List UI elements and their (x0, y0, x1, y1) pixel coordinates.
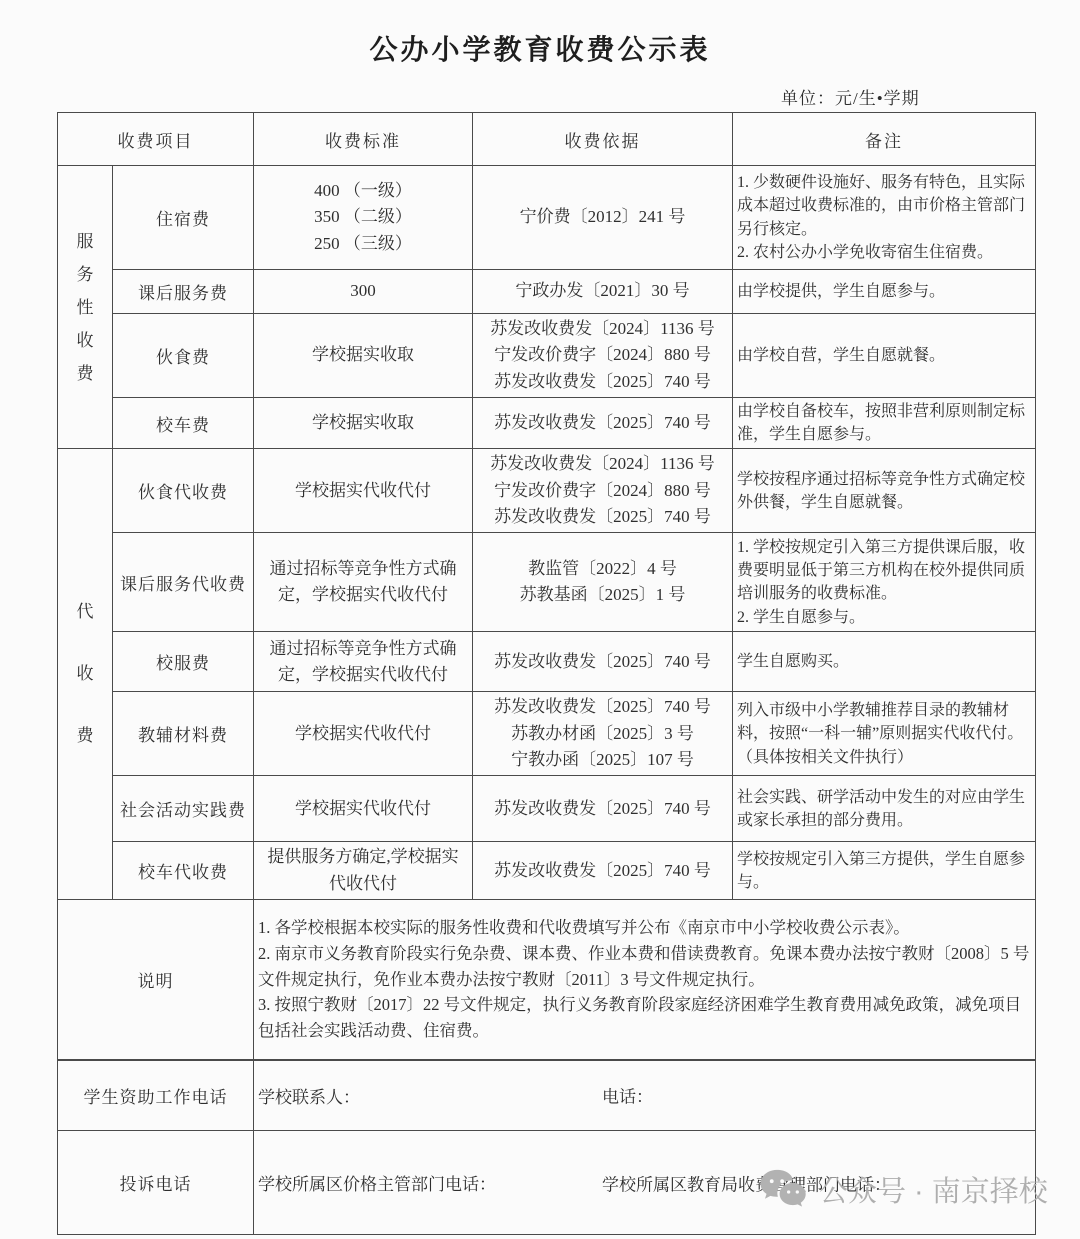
text-line: 学校据实收取 (258, 410, 468, 436)
text-line: 由学校提供，学生自愿参与。 (737, 280, 1031, 303)
text-line: 定，学校据实代收代付 (258, 582, 468, 608)
text-line: 3. 按照宁教财〔2017〕22 号文件规定，执行义务教育阶段家庭经济困难学生教… (258, 992, 1031, 1043)
notes-row: 说明 1. 各学校根据本校实际的服务性收费和代收费填写并公布《南京市中小学校收费… (58, 900, 1036, 1060)
table-row-meal-collect: 代收费 伙食代收费 学校据实代收代付 苏发改收费发〔2024〕1136 号宁发改… (58, 449, 1036, 533)
text-line: 学校按程序通过招标等竞争性方式确定校外供餐，学生自愿就餐。 (737, 468, 1031, 514)
fee-remark-cell: 由学校自备校车，按照非营利原则制定标准，学生自愿参与。 (733, 398, 1036, 449)
fee-remark-cell: 由学校自营，学生自愿就餐。 (733, 314, 1036, 398)
wechat-icon (757, 1166, 809, 1212)
header-standard: 收费标准 (254, 113, 473, 166)
fee-standard-cell: 学校据实代收代付 (254, 776, 473, 842)
text-line: 学校按规定引入第三方提供，学生自愿参与。 (737, 848, 1031, 894)
text-line: 社会实践、研学活动中发生的对应由学生或家长承担的部分费用。 (737, 786, 1031, 832)
fee-standard-cell: 400 （一级）350 （二级）250 （三级） (254, 166, 473, 270)
header-row: 收费项目 收费标准 收费依据 备注 (58, 113, 1036, 166)
watermark-text: 公众号 · 南京择校 (819, 1169, 1048, 1210)
text-line: 苏教基函〔2025〕1 号 (477, 582, 728, 608)
fee-standard-cell: 学校据实收取 (254, 314, 473, 398)
text-line: 宁政办发〔2021〕30 号 (477, 278, 728, 304)
fee-basis-cell: 教监管〔2022〕4 号苏教基函〔2025〕1 号 (473, 533, 733, 632)
fee-standard-cell: 学校据实代收代付 (254, 449, 473, 533)
fee-item-cell: 校车费 (113, 398, 254, 449)
fee-remark-cell: 列入市级中小学教辅推荐目录的教辅材料，按照“一科一辅”原则据实代收代付。（具体按… (733, 692, 1036, 776)
fee-standard-cell: 学校据实收取 (254, 398, 473, 449)
table-row-materials: 教辅材料费 学校据实代收代付 苏发改收费发〔2025〕740 号苏教办材函〔20… (58, 692, 1036, 776)
table-row-afterschool: 课后服务费 300 宁政办发〔2021〕30 号 由学校提供，学生自愿参与。 (58, 270, 1036, 314)
fee-item-cell: 课后服务费 (113, 270, 254, 314)
header-item: 收费项目 (58, 113, 254, 166)
text-line: 定，学校据实代收代付 (258, 662, 468, 688)
text-line: 宁教办函〔2025〕107 号 (477, 747, 728, 773)
fee-item-cell: 校服费 (113, 632, 254, 692)
table-row-uniform: 校服费 通过招标等竞争性方式确定，学校据实代收代付 苏发改收费发〔2025〕74… (58, 632, 1036, 692)
text-line: 苏发改收费发〔2025〕740 号 (477, 649, 728, 675)
text-line: 学生自愿购买。 (737, 650, 1031, 673)
text-line: 通过招标等竞争性方式确 (258, 636, 468, 662)
fee-remark-cell: 学生自愿购买。 (733, 632, 1036, 692)
notes-label: 说明 (58, 900, 254, 1060)
category-cell-agency-fees: 代收费 (58, 449, 113, 900)
fee-item-cell: 课后服务代收费 (113, 533, 254, 632)
text-line: 1. 各学校根据本校实际的服务性收费和代收费填写并公布《南京市中小学校收费公示表… (258, 915, 1031, 941)
text-line: 350 （二级） (258, 204, 468, 230)
fee-standard-cell: 通过招标等竞争性方式确定，学校据实代收代付 (254, 632, 473, 692)
text-line: 1. 少数硬件设施好、服务有特色，且实际成本超过收费标准的，由市价格主管部门另行… (737, 171, 1031, 241)
aid-phone-row: 学生资助工作电话 学校联系人： 电话： (58, 1060, 1036, 1131)
watermark: 公众号 · 南京择校 (757, 1163, 1077, 1215)
text-line: 学校据实代收代付 (258, 478, 468, 504)
fee-item-cell: 伙食代收费 (113, 449, 254, 533)
text-line: 苏发改收费发〔2025〕740 号 (477, 858, 728, 884)
fee-standard-cell: 300 (254, 270, 473, 314)
text-line: 通过招标等竞争性方式确 (258, 556, 468, 582)
header-basis: 收费依据 (473, 113, 733, 166)
text-line: 苏发改收费发〔2025〕740 号 (477, 410, 728, 436)
fee-item-cell: 校车代收费 (113, 842, 254, 900)
page: { "title": "公办小学教育收费公示表", "unit_label": … (0, 0, 1080, 1239)
fee-item-cell: 社会活动实践费 (113, 776, 254, 842)
text-line: 1. 学校按规定引入第三方提供课后服，收费要明显低于第三方机构在校外提供同质培训… (737, 536, 1031, 606)
fee-basis-cell: 宁政办发〔2021〕30 号 (473, 270, 733, 314)
text-line: 400 （一级） (258, 178, 468, 204)
text-line: 苏教办材函〔2025〕3 号 (477, 721, 728, 747)
unit-label: 单位：元/生•学期 (781, 84, 920, 109)
text-line: 学校据实代收代付 (258, 721, 468, 747)
text-line: 苏发改收费发〔2025〕740 号 (477, 369, 728, 395)
text-line: 代收代付 (258, 871, 468, 897)
text-line: 宁价费〔2012〕241 号 (477, 204, 728, 230)
category-label: 服务性收费 (76, 225, 94, 390)
fee-remark-cell: 1. 学校按规定引入第三方提供课后服，收费要明显低于第三方机构在校外提供同质培训… (733, 533, 1036, 632)
fee-standard-cell: 通过招标等竞争性方式确定，学校据实代收代付 (254, 533, 473, 632)
table-row-lodging: 服务性收费 住宿费 400 （一级）350 （二级）250 （三级） 宁价费〔2… (58, 166, 1036, 270)
text-line: 学校据实收取 (258, 342, 468, 368)
text-line: 苏发改收费发〔2024〕1136 号 (477, 316, 728, 342)
complaint-phone-label: 投诉电话 (58, 1131, 254, 1235)
category-label: 代收费 (76, 581, 94, 767)
fee-basis-cell: 苏发改收费发〔2024〕1136 号宁发改价费字〔2024〕880 号苏发改收费… (473, 314, 733, 398)
text-line: 由学校自营，学生自愿就餐。 (737, 344, 1031, 367)
table-row-afterschool-collect: 课后服务代收费 通过招标等竞争性方式确定，学校据实代收代付 教监管〔2022〕4… (58, 533, 1036, 632)
fee-basis-cell: 苏发改收费发〔2025〕740 号 (473, 842, 733, 900)
category-cell-service-fees: 服务性收费 (58, 166, 113, 449)
notes-content: 1. 各学校根据本校实际的服务性收费和代收费填写并公布《南京市中小学校收费公示表… (254, 900, 1036, 1060)
price-dept-phone-label: 学校所属区价格主管部门电话： (258, 1175, 496, 1194)
fee-basis-cell: 苏发改收费发〔2025〕740 号苏教办材函〔2025〕3 号宁教办函〔2025… (473, 692, 733, 776)
text-line: 列入市级中小学教辅推荐目录的教辅材料，按照“一科一辅”原则据实代收代付。（具体按… (737, 699, 1031, 769)
table-row-social-practice: 社会活动实践费 学校据实代收代付 苏发改收费发〔2025〕740 号 社会实践、… (58, 776, 1036, 842)
fee-table: 收费项目 收费标准 收费依据 备注 服务性收费 住宿费 400 （一级）350 … (57, 112, 1036, 1235)
fee-standard-cell: 提供服务方确定,学校据实代收代付 (254, 842, 473, 900)
header-remark: 备注 (733, 113, 1036, 166)
text-line: 由学校自备校车，按照非营利原则制定标准，学生自愿参与。 (737, 400, 1031, 446)
phone-label: 电话： (602, 1083, 653, 1108)
text-line: 提供服务方确定,学校据实 (258, 844, 468, 870)
fee-item-cell: 住宿费 (113, 166, 254, 270)
table-row-schoolbus: 校车费 学校据实收取 苏发改收费发〔2025〕740 号 由学校自备校车，按照非… (58, 398, 1036, 449)
text-line: 宁发改价费字〔2024〕880 号 (477, 342, 728, 368)
fee-remark-cell: 学校按程序通过招标等竞争性方式确定校外供餐，学生自愿就餐。 (733, 449, 1036, 533)
aid-phone-label: 学生资助工作电话 (58, 1060, 254, 1131)
fee-basis-cell: 苏发改收费发〔2025〕740 号 (473, 632, 733, 692)
text-line: 苏发改收费发〔2025〕740 号 (477, 796, 728, 822)
table-row-meal: 伙食费 学校据实收取 苏发改收费发〔2024〕1136 号宁发改价费字〔2024… (58, 314, 1036, 398)
text-line: 2. 学生自愿参与。 (737, 606, 1031, 629)
fee-item-cell: 伙食费 (113, 314, 254, 398)
fee-basis-cell: 苏发改收费发〔2025〕740 号 (473, 398, 733, 449)
fee-remark-cell: 由学校提供，学生自愿参与。 (733, 270, 1036, 314)
fee-standard-cell: 学校据实代收代付 (254, 692, 473, 776)
fee-basis-cell: 苏发改收费发〔2025〕740 号 (473, 776, 733, 842)
school-contact-label: 学校联系人： (258, 1088, 360, 1107)
text-line: 2. 南京市义务教育阶段实行免杂费、课本费、作业本费和借读费教育。免课本费办法按… (258, 941, 1031, 992)
text-line: 300 (258, 278, 468, 304)
text-line: 宁发改价费字〔2024〕880 号 (477, 478, 728, 504)
table-row-schoolbus-collect: 校车代收费 提供服务方确定,学校据实代收代付 苏发改收费发〔2025〕740 号… (58, 842, 1036, 900)
aid-phone-content: 学校联系人： 电话： (254, 1060, 1036, 1131)
text-line: 苏发改收费发〔2025〕740 号 (477, 694, 728, 720)
text-line: 苏发改收费发〔2025〕740 号 (477, 504, 728, 530)
text-line: 苏发改收费发〔2024〕1136 号 (477, 451, 728, 477)
text-line: 学校据实代收代付 (258, 796, 468, 822)
fee-basis-cell: 宁价费〔2012〕241 号 (473, 166, 733, 270)
text-line: 教监管〔2022〕4 号 (477, 556, 728, 582)
page-title: 公办小学教育收费公示表 (0, 28, 1080, 68)
fee-basis-cell: 苏发改收费发〔2024〕1136 号宁发改价费字〔2024〕880 号苏发改收费… (473, 449, 733, 533)
text-line: 2. 农村公办小学免收寄宿生住宿费。 (737, 241, 1031, 264)
fee-remark-cell: 学校按规定引入第三方提供，学生自愿参与。 (733, 842, 1036, 900)
text-line: 250 （三级） (258, 231, 468, 257)
fee-remark-cell: 社会实践、研学活动中发生的对应由学生或家长承担的部分费用。 (733, 776, 1036, 842)
fee-remark-cell: 1. 少数硬件设施好、服务有特色，且实际成本超过收费标准的，由市价格主管部门另行… (733, 166, 1036, 270)
fee-item-cell: 教辅材料费 (113, 692, 254, 776)
